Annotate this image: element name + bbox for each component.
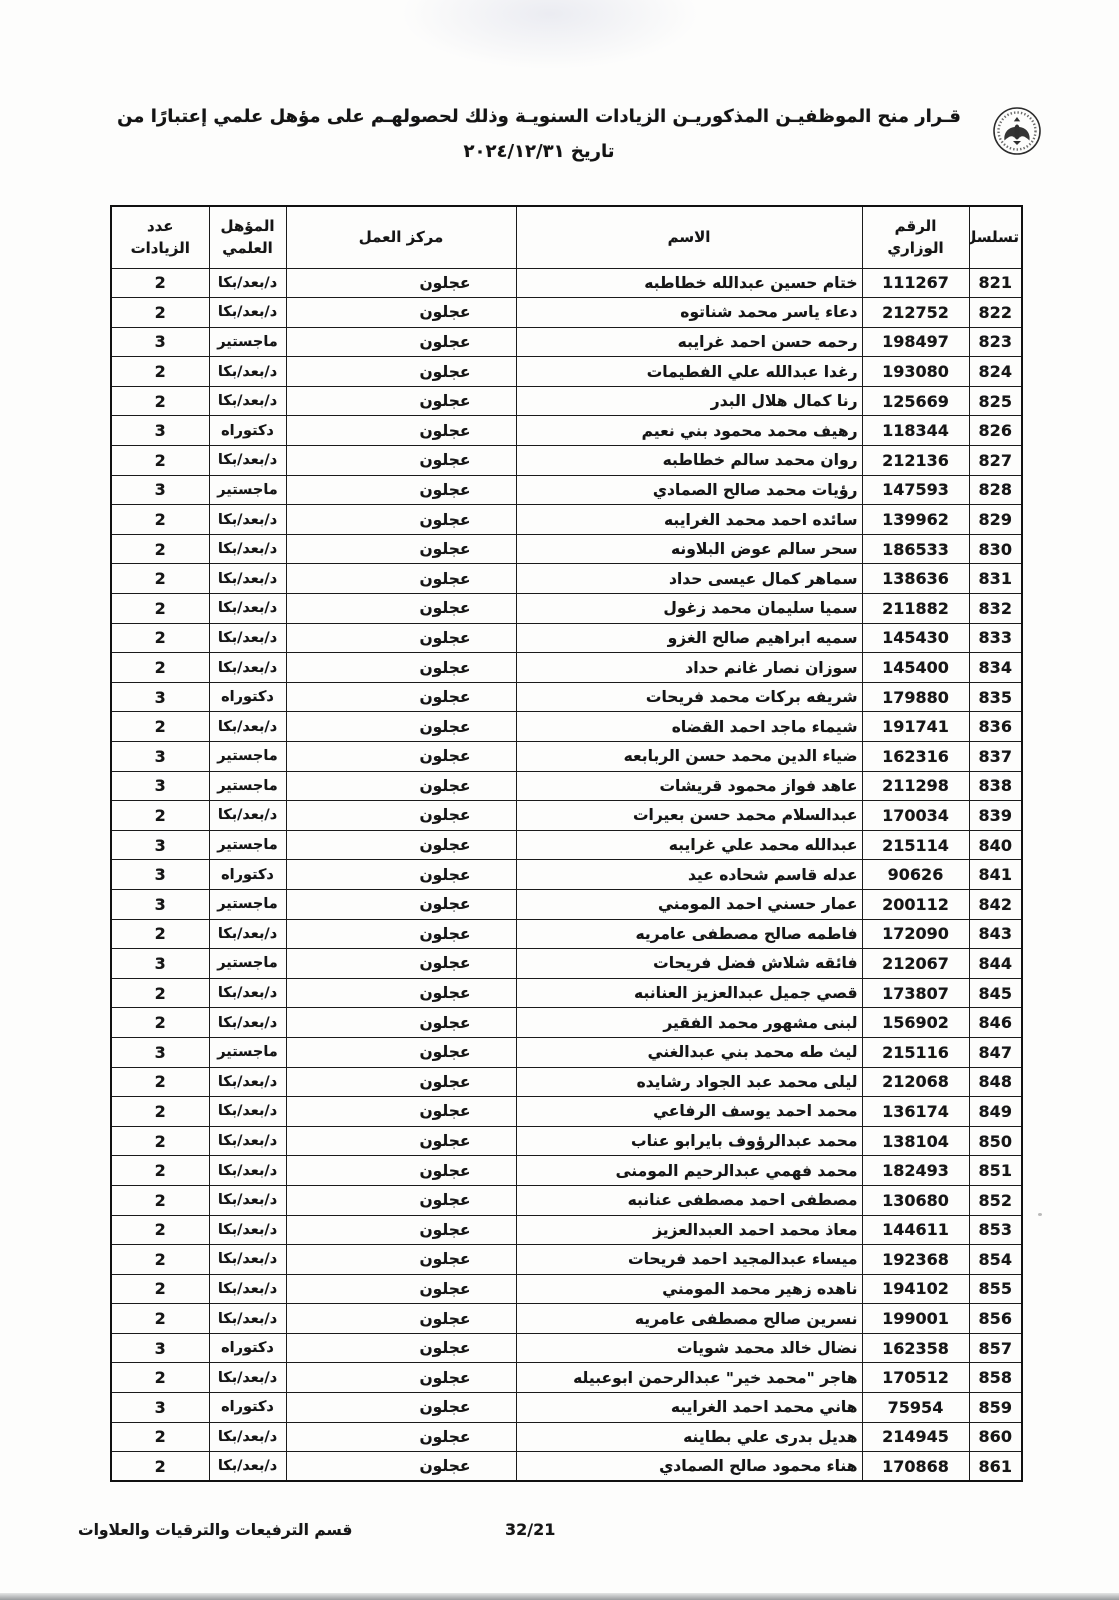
name-cell: ليلى محمد عبد الجواد رشايده [516, 1067, 862, 1097]
name-cell: عاهد فواز محمود قريشات [516, 771, 862, 801]
work-center-cell: عجلون [286, 1393, 516, 1423]
table-row: 822 212752 دعاء ياسر محمد شناتوه عجلون د… [111, 298, 1022, 328]
name-cell: هديل بدرى علي بطاينه [516, 1422, 862, 1452]
qualification-cell: د/بعد/بكا [209, 1126, 286, 1156]
work-center-cell: عجلون [286, 682, 516, 712]
work-center-cell: عجلون [286, 475, 516, 505]
name-cell: سوزان نصار غانم حداد [516, 653, 862, 683]
name-cell: قصي جميل عبدالعزيز العنانبه [516, 978, 862, 1008]
qualification-cell: د/بعد/بكا [209, 1185, 286, 1215]
table-row: 856 199001 نسرين صالح مصطفى عامريه عجلون… [111, 1304, 1022, 1334]
qualification-cell: د/بعد/بكا [209, 505, 286, 535]
ministry-number-cell: 200112 [862, 889, 969, 919]
increases-cell: 2 [111, 1452, 209, 1482]
increases-cell: 2 [111, 594, 209, 624]
qualification-cell: د/بعد/بكا [209, 268, 286, 298]
table-row: 853 144611 معاذ محمد احمد العبدالعزيز عج… [111, 1215, 1022, 1245]
work-center-cell: عجلون [286, 1215, 516, 1245]
serial-cell: 825 [969, 386, 1022, 416]
ministry-number-cell: 199001 [862, 1304, 969, 1334]
ministry-number-cell: 198497 [862, 327, 969, 357]
name-cell: شيماء ماجد احمد القضاه [516, 712, 862, 742]
serial-cell: 850 [969, 1126, 1022, 1156]
ministry-number-cell: 145400 [862, 653, 969, 683]
name-cell: ليث طه محمد بني عبدالغني [516, 1037, 862, 1067]
work-center-cell: عجلون [286, 357, 516, 387]
employees-increases-table: تسلسل الرقم الوزاري الاسم مركز العمل الم… [110, 205, 1023, 1482]
work-center-cell: عجلون [286, 949, 516, 979]
serial-cell: 824 [969, 357, 1022, 387]
qualification-cell: د/بعد/بكا [209, 386, 286, 416]
table-row: 830 186533 سحر سالم عوض البلاونه عجلون د… [111, 534, 1022, 564]
work-center-cell: عجلون [286, 446, 516, 476]
work-center-cell: عجلون [286, 860, 516, 890]
work-center-cell: عجلون [286, 742, 516, 772]
name-cell: روان محمد سالم خطاطبه [516, 446, 862, 476]
table-row: 831 138636 سماهر كمال عيسى حداد عجلون د/… [111, 564, 1022, 594]
name-cell: ناهده زهير محمد المومني [516, 1274, 862, 1304]
ministry-number-cell: 75954 [862, 1393, 969, 1423]
serial-cell: 842 [969, 889, 1022, 919]
serial-cell: 848 [969, 1067, 1022, 1097]
work-center-cell: عجلون [286, 1245, 516, 1275]
table-row: 821 111267 ختام حسين عبدالله خطاطبه عجلو… [111, 268, 1022, 298]
increases-cell: 3 [111, 1393, 209, 1423]
name-cell: شريفه بركات محمد فريحات [516, 682, 862, 712]
qualification-cell: د/بعد/بكا [209, 1363, 286, 1393]
serial-cell: 826 [969, 416, 1022, 446]
work-center-cell: عجلون [286, 1452, 516, 1482]
name-cell: عبدالله محمد علي غرايبه [516, 830, 862, 860]
table-row: 850 138104 محمد عبدالرؤوف بايرابو عناب ع… [111, 1126, 1022, 1156]
ministry-number-cell: 212068 [862, 1067, 969, 1097]
serial-cell: 854 [969, 1245, 1022, 1275]
serial-cell: 839 [969, 801, 1022, 831]
name-cell: رؤيات محمد صالح الصمادي [516, 475, 862, 505]
increases-cell: 2 [111, 712, 209, 742]
qualification-cell: ماجستير [209, 327, 286, 357]
name-cell: عبدالسلام محمد حسن بعيرات [516, 801, 862, 831]
ministry-number-cell: 172090 [862, 919, 969, 949]
increases-cell: 2 [111, 801, 209, 831]
qualification-cell: د/بعد/بكا [209, 1156, 286, 1186]
column-header-ministry-number: الرقم الوزاري [862, 206, 969, 268]
name-cell: رنا كمال هلال البدر [516, 386, 862, 416]
increases-cell: 3 [111, 682, 209, 712]
name-cell: محمد فهمي عبدالرحيم المومنى [516, 1156, 862, 1186]
increases-cell: 3 [111, 475, 209, 505]
table-row: 849 136174 محمد احمد يوسف الرفاعي عجلون … [111, 1097, 1022, 1127]
name-cell: سماهر كمال عيسى حداد [516, 564, 862, 594]
table-row: 827 212136 روان محمد سالم خطاطبه عجلون د… [111, 446, 1022, 476]
serial-cell: 861 [969, 1452, 1022, 1482]
qualification-cell: د/بعد/بكا [209, 1097, 286, 1127]
qualification-cell: دكتوراه [209, 682, 286, 712]
qualification-cell: د/بعد/بكا [209, 1304, 286, 1334]
table-row: 836 191741 شيماء ماجد احمد القضاه عجلون … [111, 712, 1022, 742]
serial-cell: 836 [969, 712, 1022, 742]
increases-cell: 3 [111, 1037, 209, 1067]
table-row: 825 125669 رنا كمال هلال البدر عجلون د/ب… [111, 386, 1022, 416]
serial-cell: 856 [969, 1304, 1022, 1334]
qualification-cell: ماجستير [209, 1037, 286, 1067]
table-row: 842 200112 عمار حسني احمد المومني عجلون … [111, 889, 1022, 919]
serial-cell: 859 [969, 1393, 1022, 1423]
serial-cell: 832 [969, 594, 1022, 624]
ministry-number-cell: 162358 [862, 1333, 969, 1363]
serial-cell: 835 [969, 682, 1022, 712]
work-center-cell: عجلون [286, 594, 516, 624]
ministry-number-cell: 186533 [862, 534, 969, 564]
serial-cell: 834 [969, 653, 1022, 683]
serial-cell: 823 [969, 327, 1022, 357]
qualification-cell: ماجستير [209, 949, 286, 979]
increases-cell: 3 [111, 949, 209, 979]
ministry-number-cell: 179880 [862, 682, 969, 712]
work-center-cell: عجلون [286, 327, 516, 357]
qualification-cell: د/بعد/بكا [209, 623, 286, 653]
increases-cell: 2 [111, 1008, 209, 1038]
increases-cell: 2 [111, 564, 209, 594]
qualification-cell: د/بعد/بكا [209, 1422, 286, 1452]
increases-cell: 2 [111, 446, 209, 476]
qualification-cell: ماجستير [209, 475, 286, 505]
table-row: 832 211882 سميا سليمان محمد زغول عجلون د… [111, 594, 1022, 624]
serial-cell: 852 [969, 1185, 1022, 1215]
work-center-cell: عجلون [286, 298, 516, 328]
work-center-cell: عجلون [286, 1097, 516, 1127]
document-title: قـرار منح الموظفيـن المذكوريـن الزيادات … [89, 99, 989, 169]
name-cell: هاني محمد احمد الغرايبه [516, 1393, 862, 1423]
qualification-cell: د/بعد/بكا [209, 534, 286, 564]
footer-page-number: 32/21 [505, 1520, 555, 1539]
increases-cell: 3 [111, 327, 209, 357]
table-row: 835 179880 شريفه بركات محمد فريحات عجلون… [111, 682, 1022, 712]
table-row: 861 170868 هناء محمود صالح الصمادي عجلون… [111, 1452, 1022, 1482]
increases-cell: 3 [111, 771, 209, 801]
increases-cell: 2 [111, 978, 209, 1008]
work-center-cell: عجلون [286, 919, 516, 949]
qualification-cell: د/بعد/بكا [209, 564, 286, 594]
ministry-number-cell: 170034 [862, 801, 969, 831]
ministry-number-cell: 147593 [862, 475, 969, 505]
ministry-number-cell: 211882 [862, 594, 969, 624]
qualification-cell: د/بعد/بكا [209, 1067, 286, 1097]
serial-cell: 831 [969, 564, 1022, 594]
column-header-qualification: المؤهل العلمي [209, 206, 286, 268]
work-center-cell: عجلون [286, 978, 516, 1008]
ministry-number-cell: 192368 [862, 1245, 969, 1275]
table-row: 846 156902 لبنى مشهور محمد الفقير عجلون … [111, 1008, 1022, 1038]
ministry-number-cell: 182493 [862, 1156, 969, 1186]
qualification-cell: د/بعد/بكا [209, 801, 286, 831]
increases-cell: 2 [111, 1274, 209, 1304]
work-center-cell: عجلون [286, 1008, 516, 1038]
ministry-number-cell: 90626 [862, 860, 969, 890]
name-cell: عدله قاسم شحاده عيد [516, 860, 862, 890]
name-cell: رحمه حسن احمد غرايبه [516, 327, 862, 357]
work-center-cell: عجلون [286, 1304, 516, 1334]
serial-cell: 840 [969, 830, 1022, 860]
increases-cell: 2 [111, 1422, 209, 1452]
ministry-number-cell: 170512 [862, 1363, 969, 1393]
ministry-number-cell: 138636 [862, 564, 969, 594]
increases-cell: 2 [111, 1363, 209, 1393]
work-center-cell: عجلون [286, 268, 516, 298]
work-center-cell: عجلون [286, 653, 516, 683]
document-title-line1: قـرار منح الموظفيـن المذكوريـن الزيادات … [89, 99, 989, 134]
work-center-cell: عجلون [286, 386, 516, 416]
table-row: 858 170512 هاجر "محمد خير" عبدالرحمن ابو… [111, 1363, 1022, 1393]
ministry-number-cell: 136174 [862, 1097, 969, 1127]
serial-cell: 833 [969, 623, 1022, 653]
table-row: 848 212068 ليلى محمد عبد الجواد رشايده ع… [111, 1067, 1022, 1097]
ministry-number-cell: 111267 [862, 268, 969, 298]
name-cell: فاطمه صالح مصطفى عامريه [516, 919, 862, 949]
qualification-cell: ماجستير [209, 830, 286, 860]
ministry-number-cell: 214945 [862, 1422, 969, 1452]
table-row: 844 212067 فائقه شلاش فضل فريحات عجلون م… [111, 949, 1022, 979]
work-center-cell: عجلون [286, 1156, 516, 1186]
scan-bottom-edge [0, 1593, 1119, 1600]
work-center-cell: عجلون [286, 1037, 516, 1067]
table-row: 824 193080 رغدا عبدالله علي الفطيمات عجل… [111, 357, 1022, 387]
ministry-number-cell: 194102 [862, 1274, 969, 1304]
serial-cell: 846 [969, 1008, 1022, 1038]
ministry-number-cell: 215114 [862, 830, 969, 860]
ministry-number-cell: 130680 [862, 1185, 969, 1215]
name-cell: معاذ محمد احمد العبدالعزيز [516, 1215, 862, 1245]
table-header-row: تسلسل الرقم الوزاري الاسم مركز العمل الم… [111, 206, 1022, 268]
table-row: 839 170034 عبدالسلام محمد حسن بعيرات عجل… [111, 801, 1022, 831]
ministry-number-cell: 162316 [862, 742, 969, 772]
increases-cell: 2 [111, 357, 209, 387]
jordan-coat-of-arms-icon [992, 103, 1044, 195]
table-row: 859 75954 هاني محمد احمد الغرايبه عجلون … [111, 1393, 1022, 1423]
work-center-cell: عجلون [286, 564, 516, 594]
name-cell: محمد احمد يوسف الرفاعي [516, 1097, 862, 1127]
qualification-cell: دكتوراه [209, 1393, 286, 1423]
work-center-cell: عجلون [286, 1333, 516, 1363]
qualification-cell: د/بعد/بكا [209, 1245, 286, 1275]
qualification-cell: د/بعد/بكا [209, 1452, 286, 1482]
document-title-date: تاريخ ٢٠٢٤/١٢/٣١ [89, 134, 989, 169]
table-row: 823 198497 رحمه حسن احمد غرايبه عجلون ما… [111, 327, 1022, 357]
name-cell: هناء محمود صالح الصمادي [516, 1452, 862, 1482]
work-center-cell: عجلون [286, 830, 516, 860]
name-cell: ختام حسين عبدالله خطاطبه [516, 268, 862, 298]
ministry-number-cell: 191741 [862, 712, 969, 742]
table-row: 854 192368 ميساء عبدالمجيد احمد فريحات ع… [111, 1245, 1022, 1275]
increases-cell: 2 [111, 268, 209, 298]
work-center-cell: عجلون [286, 889, 516, 919]
serial-cell: 828 [969, 475, 1022, 505]
name-cell: عمار حسني احمد المومني [516, 889, 862, 919]
ministry-number-cell: 193080 [862, 357, 969, 387]
table-row: 845 173807 قصي جميل عبدالعزيز العنانبه ع… [111, 978, 1022, 1008]
name-cell: ميساء عبدالمجيد احمد فريحات [516, 1245, 862, 1275]
column-header-work-center: مركز العمل [286, 206, 516, 268]
name-cell: نسرين صالح مصطفى عامريه [516, 1304, 862, 1334]
increases-cell: 2 [111, 919, 209, 949]
ministry-number-cell: 125669 [862, 386, 969, 416]
name-cell: سميا سليمان محمد زغول [516, 594, 862, 624]
increases-cell: 2 [111, 623, 209, 653]
increases-cell: 3 [111, 1333, 209, 1363]
name-cell: سحر سالم عوض البلاونه [516, 534, 862, 564]
qualification-cell: د/بعد/بكا [209, 978, 286, 1008]
serial-cell: 851 [969, 1156, 1022, 1186]
name-cell: سميه ابراهيم صالح الغزو [516, 623, 862, 653]
column-header-increases: عدد الزيادات [111, 206, 209, 268]
table-row: 852 130680 مصطفى احمد مصطفى عنانبه عجلون… [111, 1185, 1022, 1215]
increases-cell: 3 [111, 889, 209, 919]
table-row: 840 215114 عبدالله محمد علي غرايبه عجلون… [111, 830, 1022, 860]
qualification-cell: د/بعد/بكا [209, 1215, 286, 1245]
increases-cell: 2 [111, 1126, 209, 1156]
qualification-cell: ماجستير [209, 771, 286, 801]
qualification-cell: د/بعد/بكا [209, 357, 286, 387]
ministry-number-cell: 156902 [862, 1008, 969, 1038]
table-row: 828 147593 رؤيات محمد صالح الصمادي عجلون… [111, 475, 1022, 505]
work-center-cell: عجلون [286, 1363, 516, 1393]
increases-cell: 3 [111, 860, 209, 890]
ministry-number-cell: 145430 [862, 623, 969, 653]
qualification-cell: د/بعد/بكا [209, 298, 286, 328]
scan-speck [1038, 1213, 1042, 1216]
ministry-number-cell: 212752 [862, 298, 969, 328]
name-cell: رهيف محمد محمود بني نعيم [516, 416, 862, 446]
scanned-document-page: { "document": { "title_line1": "قـرار من… [0, 0, 1119, 1600]
table-row: 833 145430 سميه ابراهيم صالح الغزو عجلون… [111, 623, 1022, 653]
work-center-cell: عجلون [286, 712, 516, 742]
serial-cell: 827 [969, 446, 1022, 476]
table-row: 841 90626 عدله قاسم شحاده عيد عجلون دكتو… [111, 860, 1022, 890]
qualification-cell: دكتوراه [209, 416, 286, 446]
name-cell: لبنى مشهور محمد الفقير [516, 1008, 862, 1038]
table-row: 847 215116 ليث طه محمد بني عبدالغني عجلو… [111, 1037, 1022, 1067]
increases-cell: 3 [111, 742, 209, 772]
table-row: 855 194102 ناهده زهير محمد المومني عجلون… [111, 1274, 1022, 1304]
name-cell: محمد عبدالرؤوف بايرابو عناب [516, 1126, 862, 1156]
ministry-number-cell: 170868 [862, 1452, 969, 1482]
serial-cell: 841 [969, 860, 1022, 890]
table-row: 860 214945 هديل بدرى علي بطاينه عجلون د/… [111, 1422, 1022, 1452]
increases-cell: 3 [111, 830, 209, 860]
increases-cell: 2 [111, 1245, 209, 1275]
work-center-cell: عجلون [286, 505, 516, 535]
ministry-number-cell: 212136 [862, 446, 969, 476]
increases-cell: 2 [111, 1185, 209, 1215]
serial-cell: 855 [969, 1274, 1022, 1304]
qualification-cell: ماجستير [209, 742, 286, 772]
increases-cell: 2 [111, 653, 209, 683]
work-center-cell: عجلون [286, 771, 516, 801]
table-row: 843 172090 فاطمه صالح مصطفى عامريه عجلون… [111, 919, 1022, 949]
name-cell: فائقه شلاش فضل فريحات [516, 949, 862, 979]
work-center-cell: عجلون [286, 1422, 516, 1452]
increases-cell: 2 [111, 1215, 209, 1245]
work-center-cell: عجلون [286, 1274, 516, 1304]
qualification-cell: د/بعد/بكا [209, 1008, 286, 1038]
serial-cell: 830 [969, 534, 1022, 564]
column-header-serial: تسلسل [969, 206, 1022, 268]
ministry-number-cell: 211298 [862, 771, 969, 801]
name-cell: مصطفى احمد مصطفى عنانبه [516, 1185, 862, 1215]
table-row: 837 162316 ضياء الدين محمد حسن الربابعه … [111, 742, 1022, 772]
qualification-cell: د/بعد/بكا [209, 653, 286, 683]
name-cell: رغدا عبدالله علي الفطيمات [516, 357, 862, 387]
serial-cell: 822 [969, 298, 1022, 328]
qualification-cell: دكتوراه [209, 860, 286, 890]
table-body: 821 111267 ختام حسين عبدالله خطاطبه عجلو… [111, 268, 1022, 1481]
qualification-cell: د/بعد/بكا [209, 919, 286, 949]
table-row: 834 145400 سوزان نصار غانم حداد عجلون د/… [111, 653, 1022, 683]
table-header: تسلسل الرقم الوزاري الاسم مركز العمل الم… [111, 206, 1022, 268]
footer-department: قسم الترفيعات والترقيات والعلاوات [78, 1521, 352, 1539]
qualification-cell: دكتوراه [209, 1333, 286, 1363]
increases-cell: 2 [111, 1156, 209, 1186]
ministry-number-cell: 215116 [862, 1037, 969, 1067]
serial-cell: 853 [969, 1215, 1022, 1245]
table-row: 857 162358 نضال خالد محمد شويات عجلون دك… [111, 1333, 1022, 1363]
serial-cell: 849 [969, 1097, 1022, 1127]
serial-cell: 860 [969, 1422, 1022, 1452]
work-center-cell: عجلون [286, 534, 516, 564]
ministry-number-cell: 118344 [862, 416, 969, 446]
work-center-cell: عجلون [286, 1126, 516, 1156]
name-cell: ضياء الدين محمد حسن الربابعه [516, 742, 862, 772]
table-row: 829 139962 سائده احمد محمد الغرايبه عجلو… [111, 505, 1022, 535]
increases-cell: 2 [111, 298, 209, 328]
work-center-cell: عجلون [286, 416, 516, 446]
serial-cell: 837 [969, 742, 1022, 772]
serial-cell: 829 [969, 505, 1022, 535]
serial-cell: 845 [969, 978, 1022, 1008]
ministry-number-cell: 138104 [862, 1126, 969, 1156]
qualification-cell: ماجستير [209, 889, 286, 919]
qualification-cell: د/بعد/بكا [209, 712, 286, 742]
increases-cell: 2 [111, 386, 209, 416]
serial-cell: 857 [969, 1333, 1022, 1363]
name-cell: هاجر "محمد خير" عبدالرحمن ابوعبيله [516, 1363, 862, 1393]
increases-cell: 2 [111, 1097, 209, 1127]
qualification-cell: د/بعد/بكا [209, 1274, 286, 1304]
increases-cell: 2 [111, 534, 209, 564]
name-cell: دعاء ياسر محمد شناتوه [516, 298, 862, 328]
serial-cell: 821 [969, 268, 1022, 298]
column-header-name: الاسم [516, 206, 862, 268]
ministry-number-cell: 173807 [862, 978, 969, 1008]
name-cell: نضال خالد محمد شويات [516, 1333, 862, 1363]
increases-cell: 2 [111, 1067, 209, 1097]
table-row: 838 211298 عاهد فواز محمود قريشات عجلون … [111, 771, 1022, 801]
serial-cell: 844 [969, 949, 1022, 979]
scan-smudge [400, 0, 700, 70]
name-cell: سائده احمد محمد الغرايبه [516, 505, 862, 535]
work-center-cell: عجلون [286, 801, 516, 831]
qualification-cell: د/بعد/بكا [209, 594, 286, 624]
increases-cell: 2 [111, 505, 209, 535]
work-center-cell: عجلون [286, 1185, 516, 1215]
serial-cell: 843 [969, 919, 1022, 949]
ministry-number-cell: 212067 [862, 949, 969, 979]
increases-cell: 3 [111, 416, 209, 446]
ministry-number-cell: 144611 [862, 1215, 969, 1245]
qualification-cell: د/بعد/بكا [209, 446, 286, 476]
table-row: 851 182493 محمد فهمي عبدالرحيم المومنى ع… [111, 1156, 1022, 1186]
table-row: 826 118344 رهيف محمد محمود بني نعيم عجلو… [111, 416, 1022, 446]
